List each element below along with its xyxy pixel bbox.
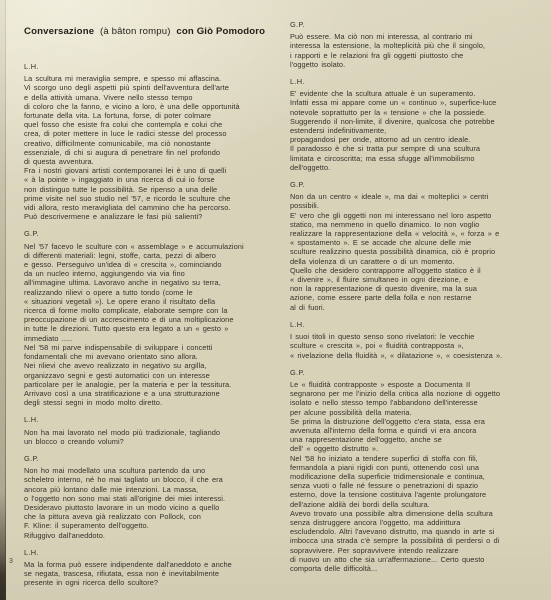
speaker-label: G.P. [290, 180, 546, 189]
interview-paragraph: Non ha mai lavorato nel modo più tradizi… [24, 428, 280, 446]
page-title: Conversazione (à bâton rompu) con Giò Po… [24, 26, 265, 37]
speaker-label: L.H. [290, 77, 546, 86]
left-text-column: L.H.La scultura mi meraviglia sempre, e … [24, 62, 280, 588]
interview-paragraph: E' evidente che la scultura attuale è un… [290, 89, 546, 172]
speaker-label: G.P. [24, 229, 280, 238]
speaker-label: L.H. [24, 548, 280, 557]
right-text-column: G.P.Può essere. Ma ciò non mi interessa,… [290, 20, 546, 573]
speaker-label: G.P. [290, 20, 546, 29]
interview-paragraph: Può essere. Ma ciò non mi interessa, al … [290, 32, 546, 69]
interview-paragraph: Ma la forma può essere indipendente dall… [24, 560, 280, 588]
page-title-tail: con Giò Pomodoro [176, 26, 265, 37]
interview-paragraph: Nel '57 facevo le sculture con « assembl… [24, 242, 280, 408]
page-title-lead: Conversazione [24, 26, 94, 37]
page-number: 3 [9, 558, 13, 565]
interview-paragraph: La scultura mi meraviglia sempre, e spes… [24, 74, 280, 221]
speaker-label: G.P. [290, 368, 546, 377]
interview-paragraph: Non ho mai modellato una scultura parten… [24, 466, 280, 540]
interview-paragraph: Le « fluidità contrapposte » esposte a D… [290, 380, 546, 573]
interview-paragraph: Non da un centro « ideale », ma dai « mo… [290, 192, 546, 312]
speaker-label: L.H. [290, 320, 546, 329]
speaker-label: G.P. [24, 454, 280, 463]
speaker-label: L.H. [24, 62, 280, 71]
book-spine-crease [5, 0, 6, 600]
speaker-label: L.H. [24, 415, 280, 424]
scanned-book-page: Conversazione (à bâton rompu) con Giò Po… [0, 0, 551, 600]
page-title-paren: (à bâton rompu) [100, 26, 171, 37]
interview-paragraph: I suoi titoli in questo senso sono rivel… [290, 332, 546, 360]
